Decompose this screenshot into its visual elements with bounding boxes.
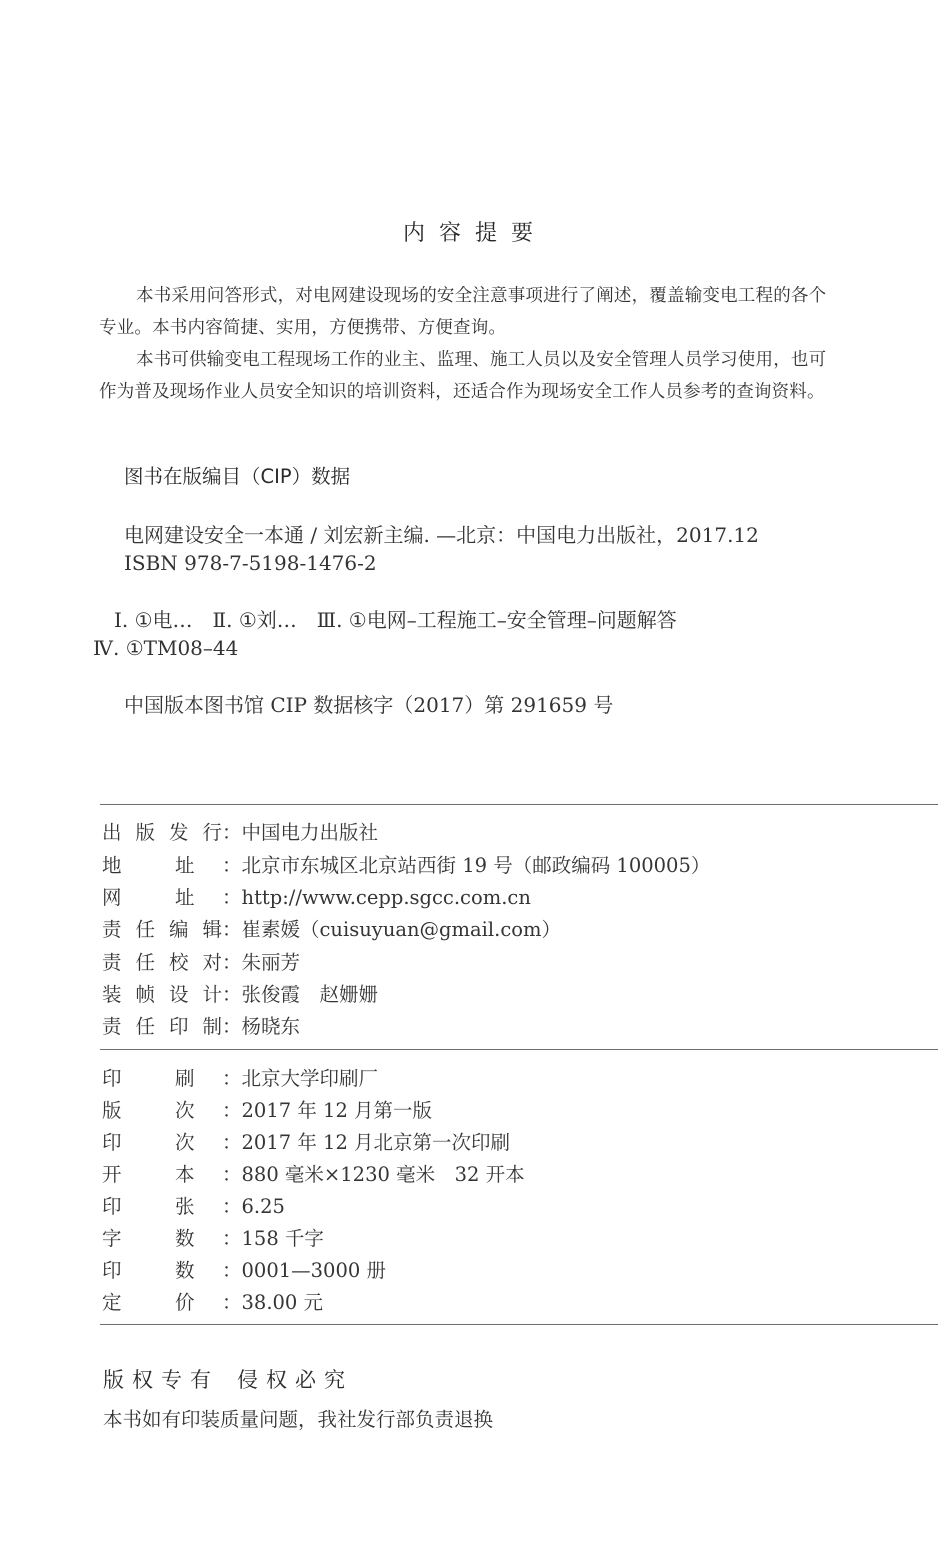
print-supervisor-value: 杨晓东	[242, 1012, 301, 1042]
label-colon: ：	[222, 915, 242, 945]
edition-value: 2017 年 12 月第一版	[242, 1096, 433, 1126]
label-colon: ：	[222, 1064, 242, 1094]
publisher-value: 中国电力出版社	[242, 818, 379, 848]
cip-number: 中国版本图书馆 CIP 数据核字（2017）第 291659 号	[124, 689, 613, 718]
impression-value: 2017 年 12 月北京第一次印刷	[242, 1128, 511, 1158]
summary-title: 内容提要	[0, 216, 950, 247]
address-row: 地址：北京市东城区北京站西街 19 号（邮政编码 100005）	[102, 851, 710, 881]
word-count-row: 字数：158 千字	[102, 1224, 324, 1254]
publisher-label: 出版发行	[102, 818, 222, 848]
label-colon: ：	[222, 1096, 242, 1126]
divider-rule-bottom	[100, 1324, 938, 1325]
format-row: 开本：880 毫米×1230 毫米 32 开本	[102, 1160, 525, 1190]
cip-citation: 电网建设安全一本通 / 刘宏新主编. —北京：中国电力出版社，2017.12	[124, 519, 759, 548]
printer-value: 北京大学印刷厂	[242, 1064, 379, 1094]
impression-row: 印次：2017 年 12 月北京第一次印刷	[102, 1128, 510, 1158]
publisher-row: 出版发行：中国电力出版社	[102, 818, 378, 848]
cip-classification-line-2: Ⅳ. ①TM08–44	[93, 636, 238, 660]
label-colon: ：	[222, 1224, 242, 1254]
address-value: 北京市东城区北京站西街 19 号（邮政编码 100005）	[242, 851, 711, 881]
proofreader-label: 责任校对	[102, 948, 222, 978]
printer-row: 印刷：北京大学印刷厂	[102, 1064, 378, 1094]
label-colon: ：	[222, 818, 242, 848]
cover-design-label: 装帧设计	[102, 980, 222, 1010]
label-colon: ：	[222, 948, 242, 978]
cip-heading: 图书在版编目（CIP）数据	[124, 461, 350, 489]
proofreader-row: 责任校对：朱丽芳	[102, 948, 300, 978]
print-supervisor-row: 责任印制：杨晓东	[102, 1012, 300, 1042]
sheets-value: 6.25	[242, 1192, 285, 1222]
label-colon: ：	[222, 980, 242, 1010]
summary-paragraph-2-line-1: 本书可供输变电工程现场工作的业主、监理、施工人员以及安全管理人员学习使用，也可	[136, 346, 826, 371]
website-row: 网址：http://www.cepp.sgcc.com.cn	[102, 883, 531, 913]
copyright-note: 本书如有印装质量问题，我社发行部负责退换	[103, 1404, 493, 1432]
copyright-title-part-2: 侵权必究	[237, 1368, 353, 1392]
summary-paragraph-1-line-1: 本书采用问答形式，对电网建设现场的安全注意事项进行了阐述，覆盖输变电工程的各个	[136, 282, 826, 307]
website-value: http://www.cepp.sgcc.com.cn	[242, 883, 531, 913]
label-colon: ：	[222, 1288, 242, 1318]
divider-rule-middle	[100, 1049, 938, 1050]
edition-row: 版次：2017 年 12 月第一版	[102, 1096, 432, 1126]
price-row: 定价：38.00 元	[102, 1288, 323, 1318]
editor-value: 崔素媛（cuisuyuan@gmail.com）	[242, 915, 561, 945]
label-colon: ：	[222, 1192, 242, 1222]
cover-design-row: 装帧设计：张俊霞 赵姗姗	[102, 980, 378, 1010]
label-colon: ：	[222, 1160, 242, 1190]
label-colon: ：	[222, 1256, 242, 1286]
divider-rule-top	[100, 804, 938, 805]
format-value: 880 毫米×1230 毫米 32 开本	[242, 1160, 525, 1190]
price-value: 38.00 元	[242, 1288, 324, 1318]
label-colon: ：	[222, 851, 242, 881]
sheets-row: 印张：6.25	[102, 1192, 285, 1222]
print-supervisor-label: 责任印制	[102, 1012, 222, 1042]
summary-paragraph-1-line-2: 专业。本书内容简捷、实用，方便携带、方便查询。	[99, 314, 506, 339]
print-run-value: 0001—3000 册	[242, 1256, 386, 1286]
cip-isbn: ISBN 978-7-5198-1476-2	[124, 551, 377, 575]
cover-design-value: 张俊霞 赵姗姗	[242, 980, 379, 1010]
summary-paragraph-2-line-2: 作为普及现场作业人员安全知识的培训资料，还适合作为现场安全工作人员参考的查询资料…	[99, 378, 825, 403]
label-colon: ：	[222, 1128, 242, 1158]
proofreader-value: 朱丽芳	[242, 948, 301, 978]
editor-label: 责任编辑	[102, 915, 222, 945]
label-colon: ：	[222, 883, 242, 913]
label-colon: ：	[222, 1012, 242, 1042]
cip-classification-line-1: Ⅰ. ①电… Ⅱ. ①刘… Ⅲ. ①电网–工程施工–安全管理–问题解答	[114, 604, 677, 633]
copyright-title-part-1: 版权专有	[103, 1368, 219, 1392]
word-count-value: 158 千字	[242, 1224, 324, 1254]
copyright-title: 版权专有侵权必究	[103, 1364, 353, 1394]
editor-row: 责任编辑：崔素媛（cuisuyuan@gmail.com）	[102, 915, 561, 945]
print-run-row: 印数：0001—3000 册	[102, 1256, 386, 1286]
